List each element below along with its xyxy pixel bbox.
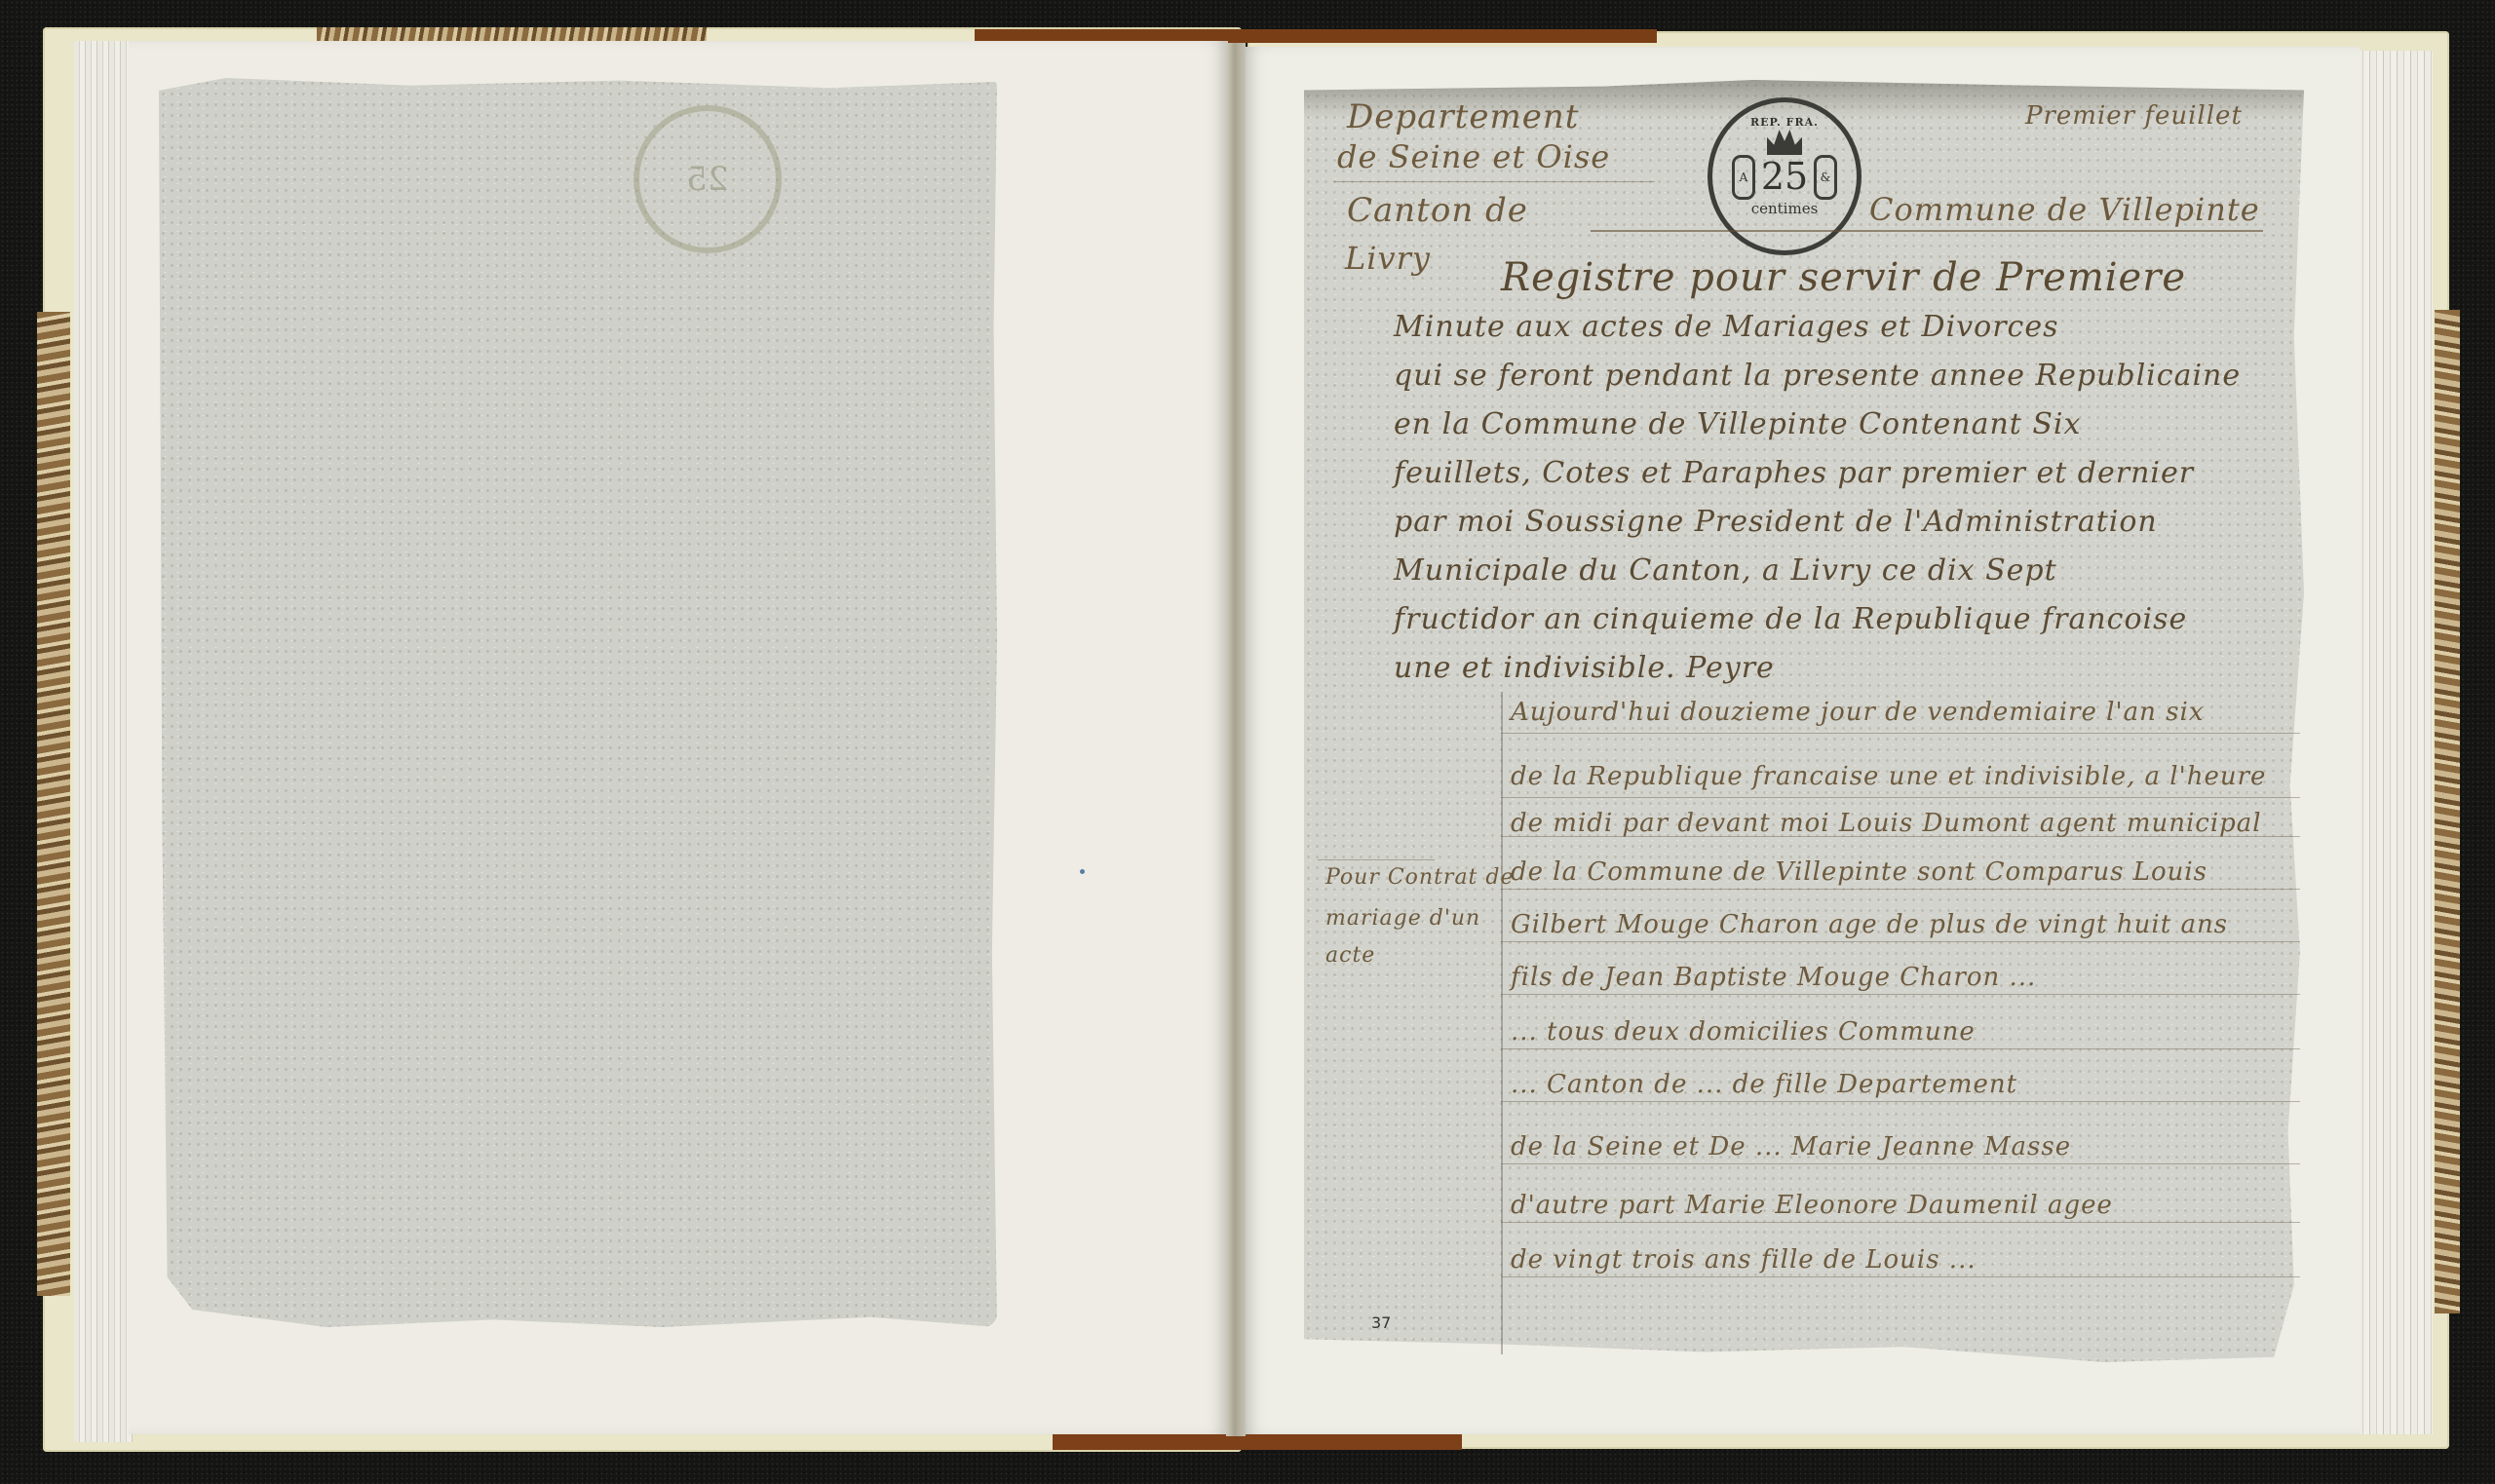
ruled-line bbox=[1501, 941, 2300, 942]
header-commune: Commune de Villepinte bbox=[1869, 191, 2260, 228]
left-document-sheet bbox=[159, 78, 997, 1327]
ruled-line bbox=[1501, 889, 2300, 890]
marbled-edge-top bbox=[317, 27, 707, 41]
ink-speck bbox=[1080, 869, 1085, 874]
title-line-5: feuillets, Cotes et Paraphes par premier… bbox=[1394, 456, 2194, 490]
show-through-stamp: 25 bbox=[633, 105, 782, 253]
header-livry: Livry bbox=[1345, 240, 1431, 277]
crown-icon bbox=[1767, 130, 1802, 155]
commune-underline bbox=[1591, 230, 2263, 232]
ruled-line bbox=[1501, 797, 2300, 798]
margin-note-line-1: Pour Contrat de bbox=[1325, 865, 1515, 890]
title-line-4: en la Commune de Villepinte Contenant Si… bbox=[1394, 407, 2081, 441]
book-gutter bbox=[1226, 43, 1246, 1436]
entry-line-6: fils de Jean Baptiste Mouge Charon ... bbox=[1511, 963, 2036, 992]
header-underline bbox=[1333, 181, 1655, 182]
ruled-line bbox=[1501, 1101, 2300, 1102]
title-line-8: fructidor an cinquieme de la Republique … bbox=[1394, 602, 2187, 636]
header-premier-feuillet: Premier feuillet bbox=[2025, 101, 2243, 131]
page-stack-left bbox=[74, 41, 133, 1442]
margin-note-line-2: mariage d'un bbox=[1325, 906, 1480, 931]
margin-note-rule bbox=[1318, 859, 1435, 860]
stamp-unit: centimes bbox=[1712, 200, 1857, 217]
folio-number: 37 bbox=[1371, 1313, 1391, 1332]
ruled-line bbox=[1501, 1163, 2300, 1164]
title-line-6: par moi Soussigne President de l'Adminis… bbox=[1394, 505, 2158, 539]
ruled-line bbox=[1501, 994, 2300, 995]
marbled-edge-left bbox=[37, 312, 70, 1296]
header-departement: Departement bbox=[1347, 97, 1579, 136]
entry-line-3: de midi par devant moi Louis Dumont agen… bbox=[1511, 809, 2262, 838]
marbled-edge-right bbox=[2435, 310, 2460, 1313]
page-stack-right bbox=[2357, 51, 2433, 1434]
title-line-9-signature: une et indivisible. Peyre bbox=[1394, 651, 1775, 685]
ruled-line bbox=[1501, 1276, 2300, 1277]
entry-line-11: de vingt trois ans fille de Louis ... bbox=[1511, 1245, 1977, 1275]
open-register-book: 25 REP. FRA. A & 25 centimes Departement… bbox=[0, 0, 2495, 1484]
left-margin-rule bbox=[1501, 692, 1503, 1354]
entry-line-9: de la Seine et De ... Marie Jeanne Masse bbox=[1511, 1132, 2071, 1161]
entry-line-5: Gilbert Mouge Charon age de plus de ving… bbox=[1511, 910, 2228, 939]
ruled-line bbox=[1501, 733, 2300, 734]
entry-line-8: ... Canton de ... de fille Departement bbox=[1511, 1070, 2017, 1099]
title-line-3: qui se feront pendant la presente annee … bbox=[1394, 359, 2241, 393]
margin-note-line-3: acte bbox=[1325, 943, 1375, 968]
ruled-line bbox=[1501, 1222, 2300, 1223]
entry-line-10: d'autre part Marie Eleonore Daumenil age… bbox=[1511, 1191, 2113, 1220]
title-line-1: Registre pour servir de Premiere bbox=[1501, 255, 2186, 300]
entry-line-1: Aujourd'hui douzieme jour de vendemiaire… bbox=[1511, 698, 2204, 727]
entry-line-7: ... tous deux domicilies Commune bbox=[1511, 1017, 1976, 1046]
entry-line-4: de la Commune de Villepinte sont Comparu… bbox=[1511, 857, 2207, 887]
title-line-7: Municipale du Canton, a Livry ce dix Sep… bbox=[1394, 553, 2057, 588]
header-canton: Canton de bbox=[1347, 191, 1528, 230]
title-line-2: Minute aux actes de Mariages et Divorces bbox=[1394, 310, 2059, 344]
spine-leather-bottom bbox=[1053, 1432, 1462, 1450]
stamp-value: 25 bbox=[1712, 157, 1857, 196]
ruled-line bbox=[1501, 1048, 2300, 1049]
header-seine-et-oise: de Seine et Oise bbox=[1337, 138, 1610, 175]
entry-line-2: de la Republique francaise une et indivi… bbox=[1511, 762, 2266, 791]
stamp-top-text: REP. FRA. bbox=[1712, 116, 1857, 129]
